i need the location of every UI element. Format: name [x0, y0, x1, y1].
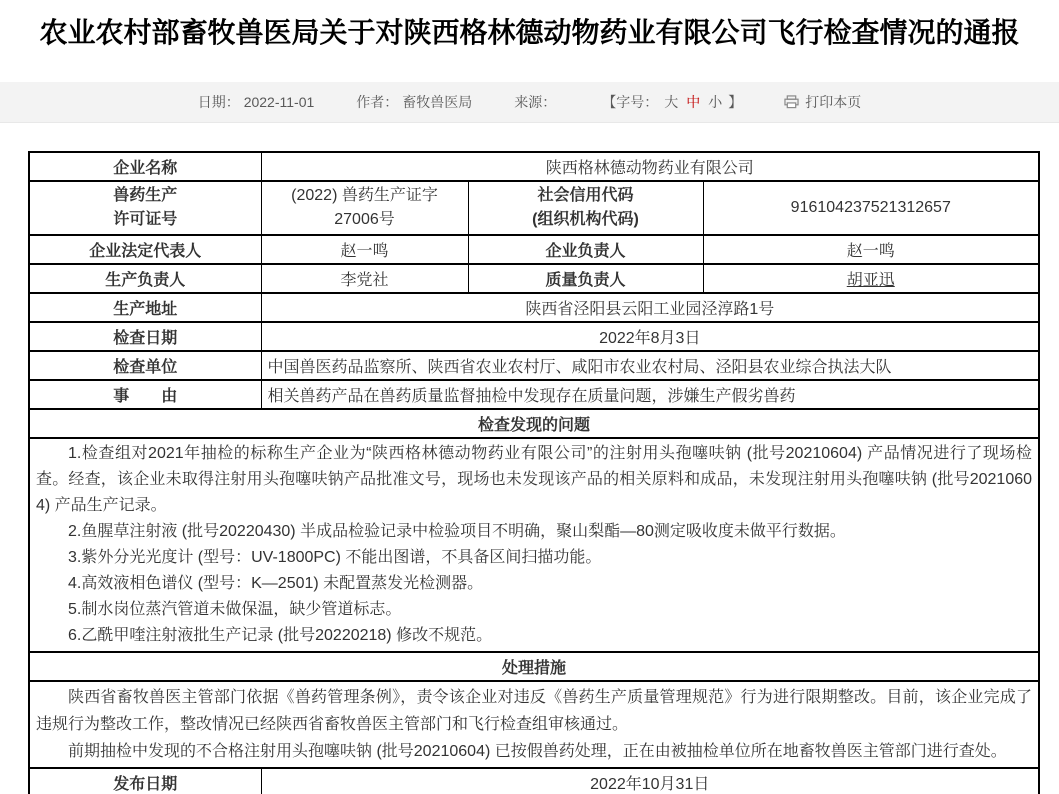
font-size-prefix: 【字号：	[602, 92, 658, 112]
table-row-measures-content: 陕西省畜牧兽医主管部门依据《兽药管理条例》，责令该企业对违反《兽药生产质量管理规…	[29, 681, 1039, 768]
measures-content: 陕西省畜牧兽医主管部门依据《兽药管理条例》，责令该企业对违反《兽药生产质量管理规…	[29, 681, 1039, 768]
credit-code-value: 916104237521312657	[703, 181, 1039, 235]
measure-paragraph: 陕西省畜牧兽医主管部门依据《兽药管理条例》，责令该企业对违反《兽药生产质量管理规…	[36, 684, 1032, 738]
quality-head-label: 质量负责人	[468, 264, 703, 293]
address-value: 陕西省泾阳县云阳工业园泾淳路1号	[261, 293, 1039, 322]
reason-value: 相关兽药产品在兽药质量监督抽检中发现存在质量问题，涉嫌生产假劣兽药	[261, 380, 1039, 409]
font-size-suffix: 】	[728, 92, 742, 112]
table-row-inspection-unit: 检查单位 中国兽医药品监察所、陕西省农业农村厅、咸阳市农业农村局、泾阳县农业综合…	[29, 351, 1039, 380]
quality-head-value: 胡亚迅	[703, 264, 1039, 293]
inspection-date-value: 2022年8月3日	[261, 322, 1039, 351]
inspection-unit-label: 检查单位	[29, 351, 261, 380]
table-row-license: 兽药生产 许可证号 (2022) 兽药生产证字 27006号 社会信用代码 (组…	[29, 181, 1039, 235]
printer-icon	[784, 95, 799, 109]
meta-author-label: 作者：	[356, 92, 398, 112]
measures-section-title: 处理措施	[29, 652, 1039, 681]
print-page-label: 打印本页	[805, 92, 861, 112]
company-head-value: 赵一鸣	[703, 235, 1039, 264]
company-name-label: 企业名称	[29, 152, 261, 181]
problem-item: 4.高效液相色谱仪 (型号：K—2501) 未配置蒸发光检测器。	[36, 571, 1032, 597]
credit-code-label-line1: 社会信用代码	[475, 184, 697, 208]
page-title: 农业农村部畜牧兽医局关于对陕西格林德动物药业有限公司飞行检查情况的通报	[0, 13, 1059, 53]
license-value-line1: (2022) 兽药生产证字	[268, 184, 462, 208]
legal-rep-label: 企业法定代表人	[29, 235, 261, 264]
meta-author-value: 畜牧兽医局	[402, 92, 472, 112]
problems-content: 1.检查组对2021年抽检的标称生产企业为“陕西格林德动物药业有限公司”的注射用…	[29, 438, 1039, 652]
legal-rep-value: 赵一鸣	[261, 235, 468, 264]
problem-item: 1.检查组对2021年抽检的标称生产企业为“陕西格林德动物药业有限公司”的注射用…	[36, 441, 1032, 519]
meta-author: 作者：畜牧兽医局	[356, 92, 472, 112]
reason-label: 事 由	[29, 380, 261, 409]
table-row-problems-content: 1.检查组对2021年抽检的标称生产企业为“陕西格林德动物药业有限公司”的注射用…	[29, 438, 1039, 652]
measure-paragraph: 前期抽检中发现的不合格注射用头孢噻呋钠 (批号20210604) 已按假兽药处理…	[36, 738, 1032, 765]
table-row-company-name: 企业名称 陕西格林德动物药业有限公司	[29, 152, 1039, 181]
problems-section-title: 检查发现的问题	[29, 409, 1039, 438]
font-size-small-button[interactable]: 小	[706, 92, 724, 112]
credit-code-label-line2: (组织机构代码)	[475, 208, 697, 232]
credit-code-label: 社会信用代码 (组织机构代码)	[468, 181, 703, 235]
table-row-inspection-date: 检查日期 2022年8月3日	[29, 322, 1039, 351]
inspection-date-label: 检查日期	[29, 322, 261, 351]
production-head-label: 生产负责人	[29, 264, 261, 293]
production-head-value: 李党社	[261, 264, 468, 293]
meta-date: 日期：2022-11-01	[198, 92, 315, 112]
meta-source: 来源：	[514, 92, 560, 112]
font-size-selector: 【字号： 大 中 小 】	[602, 92, 742, 112]
table-row-representatives: 企业法定代表人 赵一鸣 企业负责人 赵一鸣	[29, 235, 1039, 264]
table-row-problems-header: 检查发现的问题	[29, 409, 1039, 438]
meta-source-label: 来源：	[514, 92, 556, 112]
table-row-reason: 事 由 相关兽药产品在兽药质量监督抽检中发现存在质量问题，涉嫌生产假劣兽药	[29, 380, 1039, 409]
problem-item: 6.乙酰甲喹注射液批生产记录 (批号20220218) 修改不规范。	[36, 623, 1032, 649]
table-row-heads: 生产负责人 李党社 质量负责人 胡亚迅	[29, 264, 1039, 293]
problem-item: 3.紫外分光光度计 (型号：UV-1800PC) 不能出图谱，不具备区间扫描功能…	[36, 545, 1032, 571]
license-value: (2022) 兽药生产证字 27006号	[261, 181, 468, 235]
company-name-value: 陕西格林德动物药业有限公司	[261, 152, 1039, 181]
license-label: 兽药生产 许可证号	[29, 181, 261, 235]
table-row-publish-date: 发布日期 2022年10月31日	[29, 768, 1039, 794]
font-size-large-button[interactable]: 大	[662, 92, 680, 112]
table-row-address: 生产地址 陕西省泾阳县云阳工业园泾淳路1号	[29, 293, 1039, 322]
font-size-medium-button[interactable]: 中	[684, 92, 702, 112]
print-page-button[interactable]: 打印本页	[784, 92, 861, 112]
publish-date-label: 发布日期	[29, 768, 261, 794]
meta-bar: 日期：2022-11-01 作者：畜牧兽医局 来源： 【字号： 大 中 小 】 …	[0, 82, 1059, 123]
license-label-line2: 许可证号	[36, 208, 255, 232]
meta-date-value: 2022-11-01	[244, 94, 315, 110]
address-label: 生产地址	[29, 293, 261, 322]
problem-item: 2.鱼腥草注射液 (批号20220430) 半成品检验记录中检验项目不明确，聚山…	[36, 519, 1032, 545]
publish-date-value: 2022年10月31日	[261, 768, 1039, 794]
license-label-line1: 兽药生产	[36, 184, 255, 208]
company-head-label: 企业负责人	[468, 235, 703, 264]
license-value-line2: 27006号	[268, 208, 462, 232]
problem-item: 5.制水岗位蒸汽管道未做保温，缺少管道标志。	[36, 597, 1032, 623]
table-row-measures-header: 处理措施	[29, 652, 1039, 681]
inspection-report-table: 企业名称 陕西格林德动物药业有限公司 兽药生产 许可证号 (2022) 兽药生产…	[28, 151, 1040, 794]
inspection-unit-value: 中国兽医药品监察所、陕西省农业农村厅、咸阳市农业农村局、泾阳县农业综合执法大队	[261, 351, 1039, 380]
meta-date-label: 日期：	[198, 92, 240, 112]
